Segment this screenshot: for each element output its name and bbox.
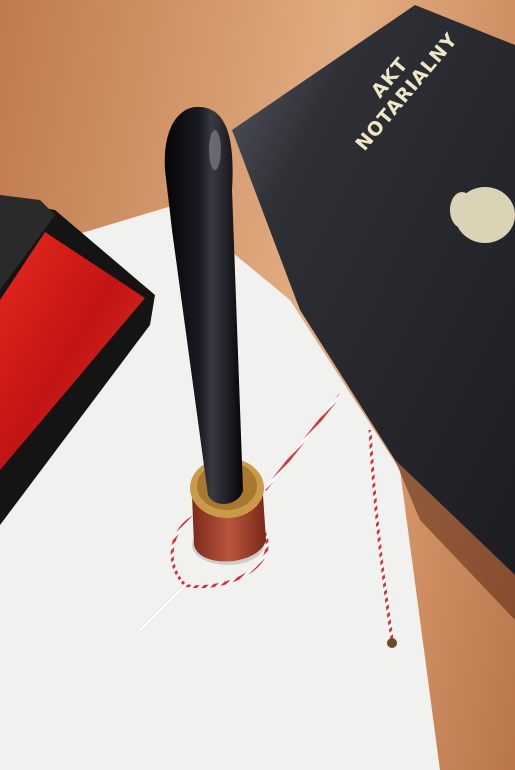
photo-scene: AKT NOTARIALNY [0,0,515,770]
twine-bead [387,638,397,648]
photo-illustration [0,0,515,770]
